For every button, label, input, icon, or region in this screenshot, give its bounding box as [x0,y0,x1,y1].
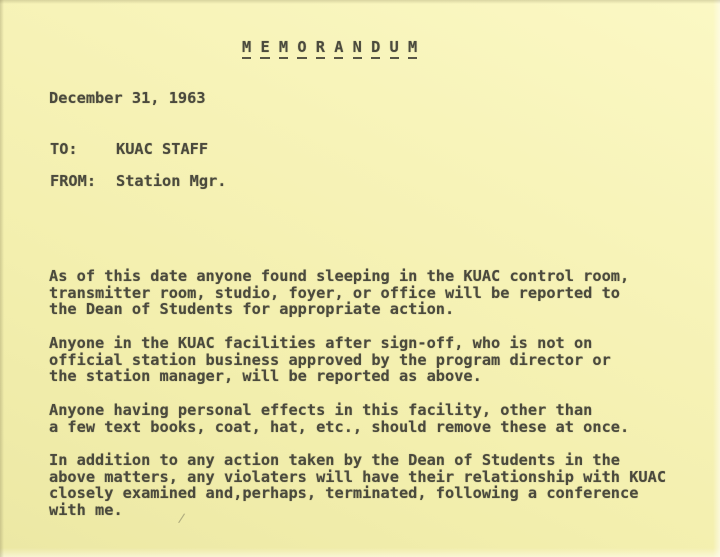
from-label: FROM: [50,172,96,190]
memo-paragraph-sleeping-policy: As of this date anyone found sleeping in… [49,268,629,318]
to-label: TO: [50,140,78,158]
memo-paragraph-personal-effects-policy: Anyone having personal effects in this f… [49,402,629,435]
memo-date: December 31, 1963 [49,89,206,107]
to-value: KUAC STAFF [116,140,208,158]
memo-paragraph-after-signoff-policy: Anyone in the KUAC facilities after sign… [49,335,611,385]
from-value: Station Mgr. [116,172,227,190]
stray-pen-mark: / [177,511,186,526]
memo-paragraph-violations-consequences: In addition to any action taken by the D… [49,452,666,519]
memo-title: M E M O R A N D U M [242,38,417,59]
memo-page: M E M O R A N D U M December 31, 1963 TO… [0,0,720,557]
